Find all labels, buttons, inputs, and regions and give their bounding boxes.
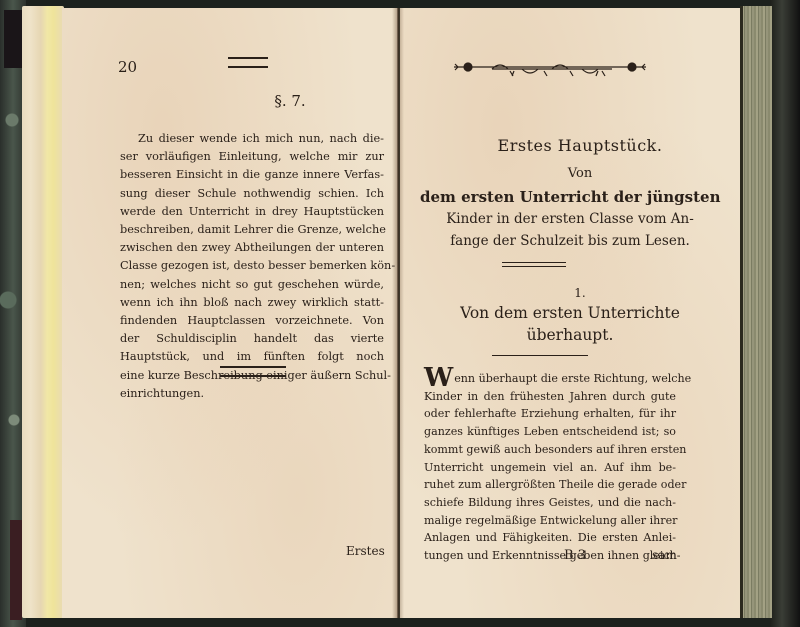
text-line-rest: enn überhaupt die erste Richtung, welche xyxy=(454,372,691,385)
text-line: malige regelmäßige Entwickelung aller ih… xyxy=(424,512,676,530)
text-line: schiefe Bildung ihres Geistes, und die n… xyxy=(424,494,676,512)
subtitle-line: dem ersten Unterricht der jüngsten xyxy=(420,186,720,208)
text-line: einrichtungen. xyxy=(120,385,384,403)
catchword: Erstes xyxy=(346,544,385,558)
section-title-line: Von dem ersten Unterrichte xyxy=(420,302,720,324)
section-rule xyxy=(492,355,588,356)
text-line: Kinder in den frühesten Jahren durch gut… xyxy=(424,388,676,406)
text-line: ganzes künftiges Leben entscheidend ist;… xyxy=(424,423,676,441)
chapter-rule xyxy=(502,262,566,267)
header-rule xyxy=(228,57,268,68)
right-body-text: Wenn überhaupt die erste Richtung, welch… xyxy=(424,370,676,565)
subtitle-line: fange der Schulzeit bis zum Lesen. xyxy=(420,230,720,252)
chapter-von: Von xyxy=(400,166,740,181)
text-line: Wenn überhaupt die erste Richtung, welch… xyxy=(424,370,676,388)
text-line: werde den Unterricht in drey Hauptstücke… xyxy=(120,203,384,221)
page-number: 20 xyxy=(118,58,137,76)
cover-right xyxy=(770,0,800,627)
catchword: sam xyxy=(652,548,677,562)
text-line: Hauptstück, und im fünften folgt noch xyxy=(120,348,384,366)
section-title: Von dem ersten Unterrichte überhaupt. xyxy=(420,302,720,346)
text-line: tungen und Erkenntnisse geben ihnen glei… xyxy=(424,547,676,565)
text-line: kommt gewiß auch besonders auf ihren ers… xyxy=(424,441,676,459)
text-line: der Schuldisciplin handelt das vierte xyxy=(120,330,384,348)
cover-band xyxy=(4,10,22,68)
text-line: wenn ich ihn bloß nach zwey wirklich sta… xyxy=(120,294,384,312)
left-body-text: Zu dieser wende ich mich nun, nach die- … xyxy=(120,130,384,403)
text-line: Unterricht ungemein viel an. Auf ihm be- xyxy=(424,459,676,477)
text-line: zwischen den zwey Abtheilungen der unter… xyxy=(120,239,384,257)
text-line: Classe gezogen ist, desto besser bemerke… xyxy=(120,257,384,275)
cover-band xyxy=(10,520,22,620)
subtitle-line: Kinder in der ersten Classe vom An- xyxy=(420,208,720,230)
text-line: beschreiben, damit Lehrer die Grenze, we… xyxy=(120,221,384,239)
text-line: oder fehlerhafte Erziehung erhalten, für… xyxy=(424,405,676,423)
section-end-rule xyxy=(220,366,286,377)
section-number: 1. xyxy=(400,286,740,300)
page-edges-left xyxy=(22,6,64,618)
text-line: ruhet zum allergrößten Theile die gerade… xyxy=(424,476,676,494)
text-line: besseren Einsicht in die ganze innere Ve… xyxy=(120,166,384,184)
text-line: Anlagen und Fähigkeiten. Die ersten Anle… xyxy=(424,529,676,547)
chapter-subtitle: dem ersten Unterricht der jüngsten Kinde… xyxy=(420,186,720,252)
chapter-heading: Erstes Hauptstück. xyxy=(400,136,740,155)
text-line: sung dieser Schule nothwendig schien. Ic… xyxy=(120,185,384,203)
text-line: ser vorläufigen Einleitung, welche mir z… xyxy=(120,148,384,166)
text-line: Zu dieser wende ich mich nun, nach die- xyxy=(120,130,384,148)
section-title-line: überhaupt. xyxy=(420,324,720,346)
text-line: findenden Hauptclassen vorzeichnete. Von xyxy=(120,312,384,330)
floral-ornament-icon xyxy=(452,60,648,80)
page-edges-right xyxy=(740,6,772,618)
text-line: nen; welches nicht so gut geschehen würd… xyxy=(120,276,384,294)
signature-mark: B 3 xyxy=(564,548,586,563)
section-mark: §. 7. xyxy=(62,92,398,110)
